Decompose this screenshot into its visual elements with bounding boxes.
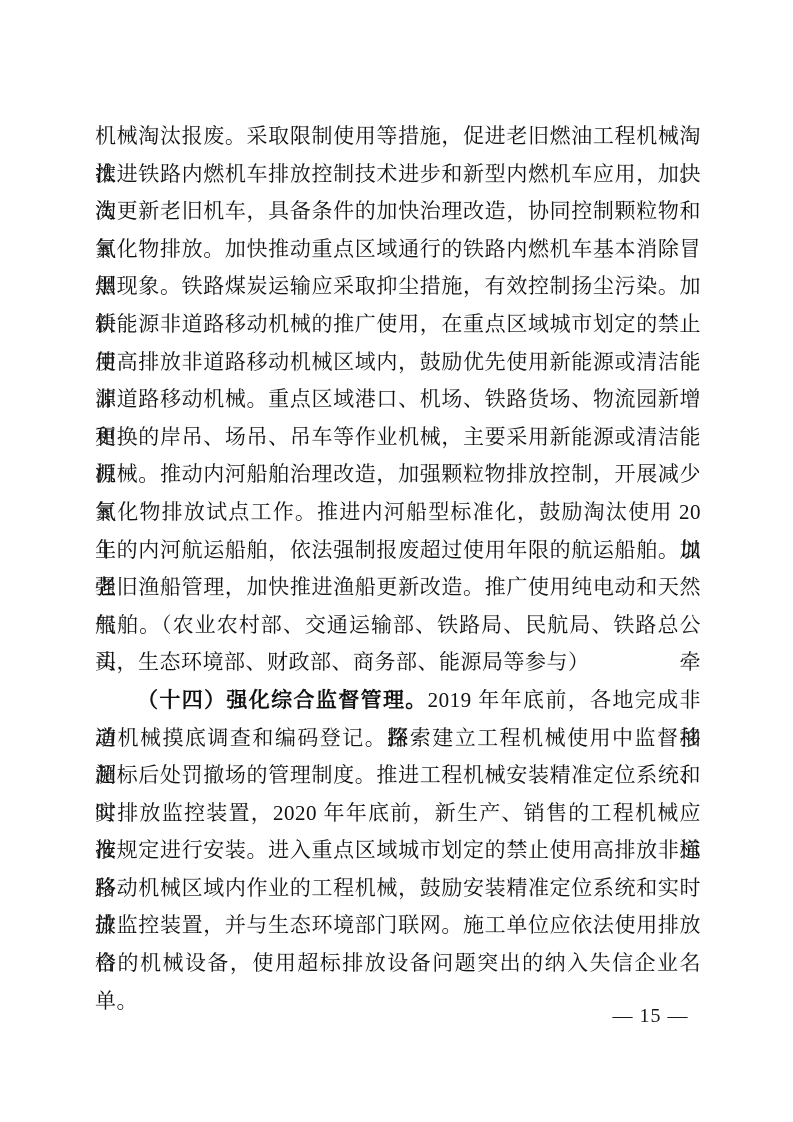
text-line: 汰更新老旧机车，具备条件的加快治理改造，协同控制颗粒物和氮 [95,193,701,231]
text-line: 机械。推动内河船舶治理改造，加强颗粒物排放控制，开展减少氮 [95,456,701,494]
text-line: 移动机械区域内作业的工程机械，鼓励安装精准定位系统和实时排 [95,870,701,908]
section-heading: （十四）强化综合监督管理。 [137,688,428,712]
text-line: （十四）强化综合监督管理。2019 年年底前，各地完成非道路移 [95,682,701,720]
text-line: 烟现象。铁路煤炭运输应采取抑尘措施，有效控制扬尘污染。加快 [95,268,701,306]
text-line: 氧化物排放试点工作。推进内河船型标准化，鼓励淘汰使用 20 年以 [95,494,701,532]
text-line: 准规定进行安装。进入重点区域城市划定的禁止使用高排放非道路 [95,832,701,870]
text-line: 时排放监控装置，2020 年年底前，新生产、销售的工程机械应按标 [95,795,701,833]
text-line: 放监控装置，并与生态环境部门联网。施工单位应依法使用排放合 [95,907,701,945]
document-page: 机械淘汰报废。采取限制使用等措施，促进老旧燃油工程机械淘汰。推进铁路内燃机车排放… [0,0,793,1122]
text-line: 推进铁路内燃机车排放控制技术进步和新型内燃机车应用，加快淘 [95,156,701,194]
text-line: 格的机械设备，使用超标排放设备问题突出的纳入失信企业名单。 [95,945,701,983]
text-line: 船舶。（农业农村部、交通运输部、铁路局、民航局、铁路总公司牵 [95,607,701,645]
document-lines: 机械淘汰报废。采取限制使用等措施，促进老旧燃油工程机械淘汰。推进铁路内燃机车排放… [95,118,701,983]
text-line: 非道路移动机械。重点区域港口、机场、铁路货场、物流园新增和 [95,381,701,419]
text-line: 动机械摸底调查和编码登记。探索建立工程机械使用中监督抽测、 [95,720,701,758]
text-line: 氧化物排放。加快推动重点区域通行的铁路内燃机车基本消除冒黑 [95,231,701,269]
text-line: 机械淘汰报废。采取限制使用等措施，促进老旧燃油工程机械淘汰。 [95,118,701,156]
text-line: 更换的岸吊、场吊、吊车等作业机械，主要采用新能源或清洁能源 [95,419,701,457]
text-line: 用高排放非道路移动机械区域内，鼓励优先使用新能源或清洁能源 [95,344,701,382]
text-line: 新能源非道路移动机械的推广使用，在重点区域城市划定的禁止使 [95,306,701,344]
page-number: — 15 — [593,1002,708,1030]
text-line: 老旧渔船管理，加快推进渔船更新改造。推广使用纯电动和天然气 [95,569,701,607]
text-line: 超标后处罚撤场的管理制度。推进工程机械安装精准定位系统和实 [95,757,701,795]
text-line: 上的内河航运船舶，依法强制报废超过使用年限的航运船舶。加强 [95,532,701,570]
